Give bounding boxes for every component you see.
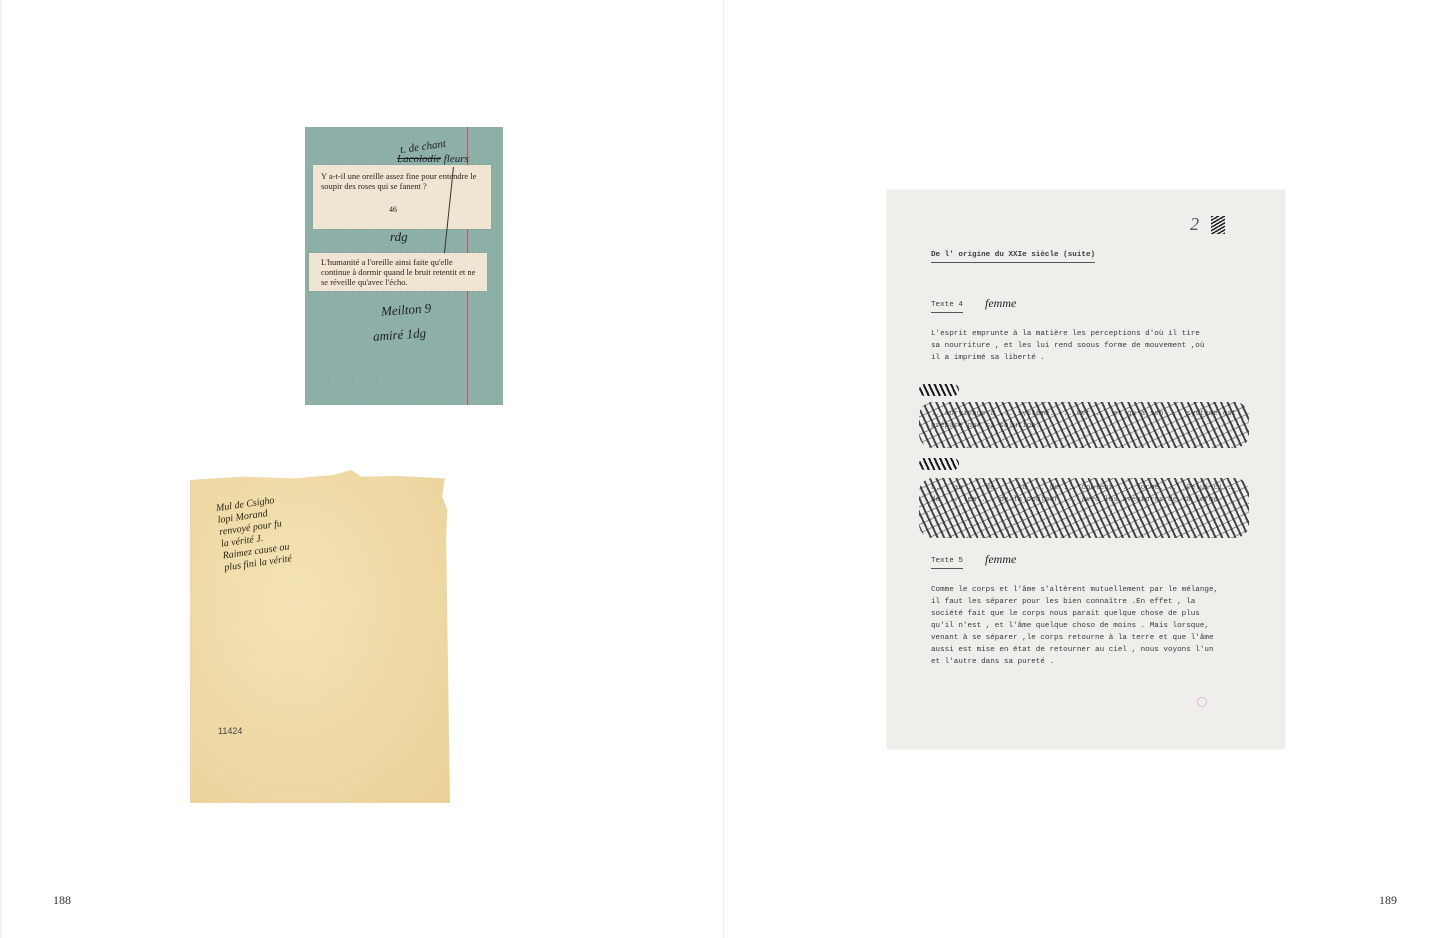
handwritten-note: femme [985, 296, 1016, 311]
scribble-strikeout [919, 478, 1249, 538]
clipping-text: L'humanité a l'oreille ainsi faite qu'el… [321, 257, 475, 287]
newspaper-clipping: L'humanité a l'oreille ainsi faite qu'el… [309, 253, 487, 291]
typescript-sheet: 2 De l' origine du XXIe siècle (suite) T… [887, 190, 1285, 749]
typescript-paragraph: Comme le corps et l'âme s'altèrent mutue… [931, 584, 1271, 668]
torn-parchment-sheet: Mul de Csigho lopi Morand renvoyé pour f… [190, 470, 450, 803]
handwritten-note: Mul de Csigho lopi Morand renvoyé pour f… [215, 493, 294, 574]
handwritten-annotation-struck: Lacolodie fleurs [397, 153, 469, 165]
handwritten-page-number: 2 [1190, 214, 1199, 235]
handwritten-note: femme [985, 552, 1016, 567]
newspaper-clipping: Y a-t-il une oreille assez fine pour ent… [313, 165, 491, 229]
scribbled-label [919, 458, 959, 470]
handwritten-word: fleurs [444, 153, 469, 165]
page-number: 188 [53, 893, 71, 908]
handwritten-annotation: amiré 1dg [373, 325, 427, 345]
clipping-number: 46 [389, 205, 397, 215]
catalog-number: 11424 [218, 726, 242, 736]
typescript-title: De l' origine du XXIe siècle (suite) [931, 251, 1095, 263]
lined-notecard: t. de chant Lacolodie fleurs Y a-t-il un… [305, 127, 503, 405]
page-number: 189 [1379, 893, 1397, 908]
section-label: Texte 4 [931, 301, 963, 313]
page-edge [0, 0, 2, 938]
scribble-mark [1211, 216, 1225, 234]
left-page: t. de chant Lacolodie fleurs Y a-t-il un… [0, 0, 723, 938]
struck-word: Lacolodie [397, 153, 441, 165]
typescript-paragraph: L'esprit emprunte à la matière les perce… [931, 328, 1251, 364]
handwritten-annotation: Meilton 9 [381, 300, 432, 319]
handwritten-annotation: rdg [390, 229, 408, 245]
pink-stamp-mark [1197, 697, 1207, 707]
section-label: Texte 5 [931, 557, 963, 569]
scribble-strikeout [919, 402, 1249, 448]
scribbled-label [919, 384, 959, 396]
